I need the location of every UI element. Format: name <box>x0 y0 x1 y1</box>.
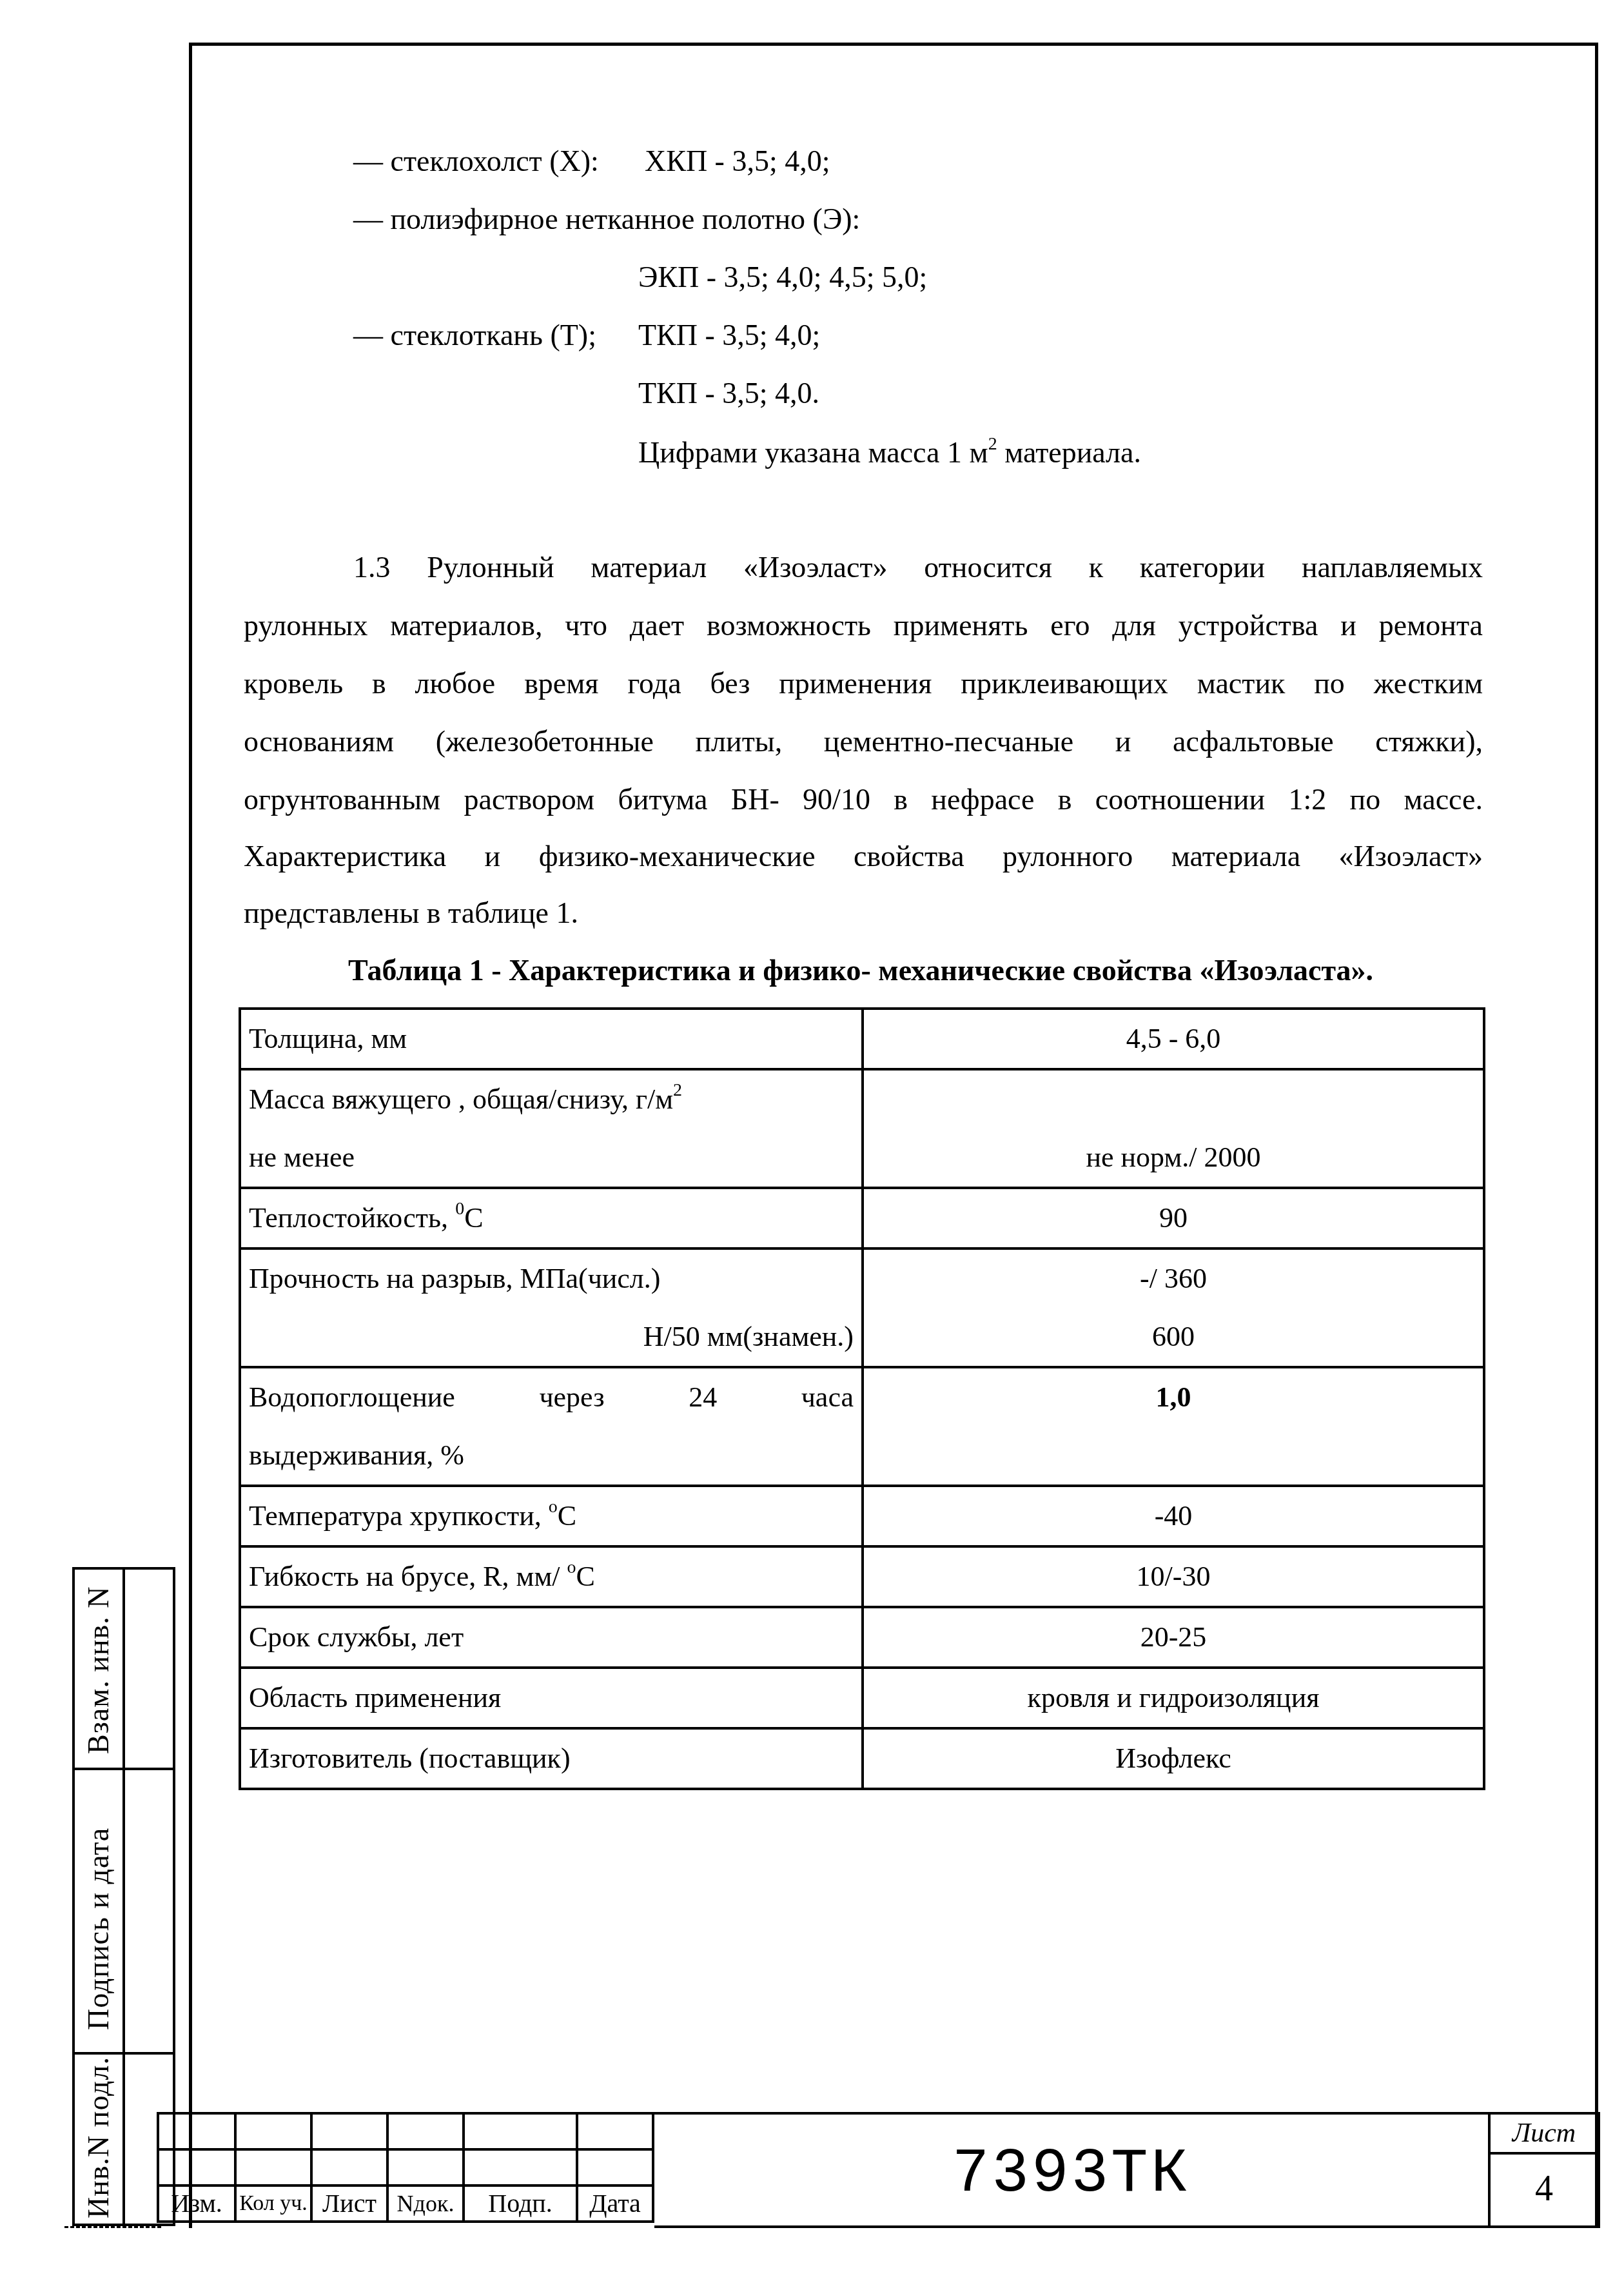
table-cell-label: Срок службы, лет <box>240 1607 863 1668</box>
label-text: Масса вяжущего , общая/снизу, г/м <box>249 1083 673 1115</box>
table-cell-label: Водопоглощение через 24 часа выдерживани… <box>240 1367 863 1486</box>
label-sup: о <box>567 1557 576 1577</box>
label-after: С <box>576 1561 595 1592</box>
table-row: Толщина, мм 4,5 - 6,0 <box>240 1009 1484 1069</box>
table-cell-value: не норм./ 2000 <box>863 1069 1484 1188</box>
paragraph-line: Характеристика и физико-механические сво… <box>244 838 1483 874</box>
stamp-label-replacement: Взам. инв. N <box>81 1586 115 1754</box>
material-code-glass-fabric-2: ТКП - 3,5; 4,0. <box>638 375 819 411</box>
document-code-cell: 7393ТК <box>654 2112 1491 2228</box>
label-after: С <box>558 1500 576 1532</box>
table-cell-value: 10/-30 <box>863 1546 1484 1607</box>
label-sup: 2 <box>673 1080 682 1100</box>
revision-cell <box>387 2113 464 2149</box>
col-header-count: Кол уч. <box>235 2185 311 2222</box>
table-row: Температура хрупкости, оС -40 <box>240 1486 1484 1546</box>
mass-note-text: Цифрами указана масса 1 м <box>638 436 988 469</box>
label-text: Гибкость на брусе, R, мм/ <box>249 1561 567 1592</box>
stamp-cell-replacement-value <box>122 1567 175 1770</box>
table-row: Изготовитель (поставщик) Изофлекс <box>240 1728 1484 1789</box>
table-row: Срок службы, лет 20-25 <box>240 1607 1484 1668</box>
col-header-sheet: Лист <box>311 2185 387 2222</box>
material-code-fiberglass: ХКП - 3,5; 4,0; <box>645 143 830 179</box>
revision-header-row: Изм. Кол уч. Лист Nдок. Подп. Дата <box>158 2185 653 2222</box>
value-line2: 600 <box>872 1308 1475 1366</box>
table-row: Водопоглощение через 24 часа выдерживани… <box>240 1367 1484 1486</box>
stamp-label-original-inventory: Инв.N подл. <box>81 2057 115 2218</box>
label-after: С <box>464 1202 483 1234</box>
table-cell-value: кровля и гидроизоляция <box>863 1668 1484 1728</box>
table-row: Область применения кровля и гидроизоляци… <box>240 1668 1484 1728</box>
table-cell-label: Масса вяжущего , общая/снизу, г/м2 не ме… <box>240 1069 863 1188</box>
label-word: часа <box>801 1368 854 1426</box>
table-cell-label: Толщина, мм <box>240 1009 863 1069</box>
cut-line <box>64 2226 161 2228</box>
table-title: Таблица 1 - Характеристика и физико- мех… <box>348 953 1373 987</box>
col-header-doc-number: Nдок. <box>387 2185 464 2222</box>
revision-table: Изм. Кол уч. Лист Nдок. Подп. Дата <box>157 2112 654 2223</box>
revision-cell <box>311 2149 387 2185</box>
document-code: 7393ТК <box>654 2139 1488 2209</box>
revision-cell <box>387 2149 464 2185</box>
paragraph-line: рулонных материалов, что дает возможност… <box>244 607 1483 644</box>
revision-cell <box>464 2149 577 2185</box>
material-label: — стеклохолст (Х): <box>353 144 599 177</box>
table-row: Прочность на разрыв, МПа(числ.) Н/50 мм(… <box>240 1248 1484 1367</box>
col-header-change: Изм. <box>158 2185 235 2222</box>
paragraph-line: представлены в таблице 1. <box>244 895 1483 931</box>
material-line-fiberglass: — стеклохолст (Х): <box>353 143 599 179</box>
material-code-polyester: ЭКП - 3,5; 4,0; 4,5; 5,0; <box>638 259 927 295</box>
table-cell-label: Прочность на разрыв, МПа(числ.) Н/50 мм(… <box>240 1248 863 1367</box>
sheet-label: Лист <box>1491 2115 1598 2155</box>
table-cell-value: 1,0 <box>863 1367 1484 1486</box>
label-text: Температура хрупкости, <box>249 1500 549 1532</box>
revision-cell <box>577 2149 653 2185</box>
paragraph-line: основаниям (железобетонные плиты, цемент… <box>244 724 1483 760</box>
revision-cell <box>311 2113 387 2149</box>
revision-row <box>158 2113 653 2149</box>
label-sup: о <box>549 1497 558 1517</box>
material-code-glass-fabric: ТКП - 3,5; 4,0; <box>638 317 820 353</box>
value-text: не норм./ 2000 <box>872 1129 1475 1187</box>
value-text: -/ 360 <box>872 1250 1475 1308</box>
table-cell-value: Изофлекс <box>863 1728 1484 1789</box>
table-cell-label: Гибкость на брусе, R, мм/ оС <box>240 1546 863 1607</box>
paragraph-line: 1.3 Рулонный материал «Изоэласт» относит… <box>353 549 1483 586</box>
label-line2: Н/50 мм(знамен.) <box>249 1308 854 1366</box>
table-cell-label: Область применения <box>240 1668 863 1728</box>
label-text: Теплостойкость, <box>249 1202 455 1234</box>
col-header-date: Дата <box>577 2185 653 2222</box>
table-cell-value: 90 <box>863 1188 1484 1248</box>
label-line2: выдерживания, % <box>249 1426 854 1485</box>
table-row: Масса вяжущего , общая/снизу, г/м2 не ме… <box>240 1069 1484 1188</box>
stamp-label-signature-date: Подпись и дата <box>81 1828 115 2030</box>
mass-note-text-after: материала. <box>997 436 1141 469</box>
table-cell-label: Изготовитель (поставщик) <box>240 1728 863 1789</box>
label-text: Прочность на разрыв, МПа(числ.) <box>249 1250 854 1308</box>
stamp-cell-signature-value <box>122 1768 175 2055</box>
label-word: 24 <box>689 1368 717 1426</box>
table-cell-value: -/ 360 600 <box>863 1248 1484 1367</box>
label-justified-line: Водопоглощение через 24 часа <box>249 1368 854 1426</box>
sheet-cell: Лист 4 <box>1488 2112 1600 2228</box>
label-word: Водопоглощение <box>249 1368 455 1426</box>
table-row: Теплостойкость, 0С 90 <box>240 1188 1484 1248</box>
table-row: Гибкость на брусе, R, мм/ оС 10/-30 <box>240 1546 1484 1607</box>
table-cell-value: -40 <box>863 1486 1484 1546</box>
paragraph-line: огрунтованным раствором битума БН- 90/10… <box>244 782 1483 818</box>
mass-note: Цифрами указана масса 1 м2 материала. <box>638 435 1141 471</box>
properties-table: Толщина, мм 4,5 - 6,0 Масса вяжущего , о… <box>239 1007 1485 1790</box>
revision-cell <box>158 2149 235 2185</box>
paragraph-line: кровель в любое время года без применени… <box>244 666 1483 702</box>
revision-cell <box>235 2113 311 2149</box>
material-line-polyester: — полиэфирное нетканное полотно (Э): <box>353 201 860 237</box>
revision-cell <box>235 2149 311 2185</box>
table-cell-label: Температура хрупкости, оС <box>240 1486 863 1546</box>
table-cell-value: 4,5 - 6,0 <box>863 1009 1484 1069</box>
label-word: через <box>539 1368 604 1426</box>
table-cell-value: 20-25 <box>863 1607 1484 1668</box>
revision-cell <box>158 2113 235 2149</box>
material-line-glass-fabric: — стеклоткань (Т); <box>353 317 596 353</box>
col-header-signature: Подп. <box>464 2185 577 2222</box>
label-sup: 0 <box>455 1199 464 1219</box>
revision-cell <box>577 2113 653 2149</box>
table-cell-label: Теплостойкость, 0С <box>240 1188 863 1248</box>
mass-note-sup: 2 <box>988 434 997 454</box>
sheet-number: 4 <box>1491 2160 1598 2218</box>
revision-row <box>158 2149 653 2185</box>
label-line2: не менее <box>249 1129 854 1187</box>
revision-cell <box>464 2113 577 2149</box>
